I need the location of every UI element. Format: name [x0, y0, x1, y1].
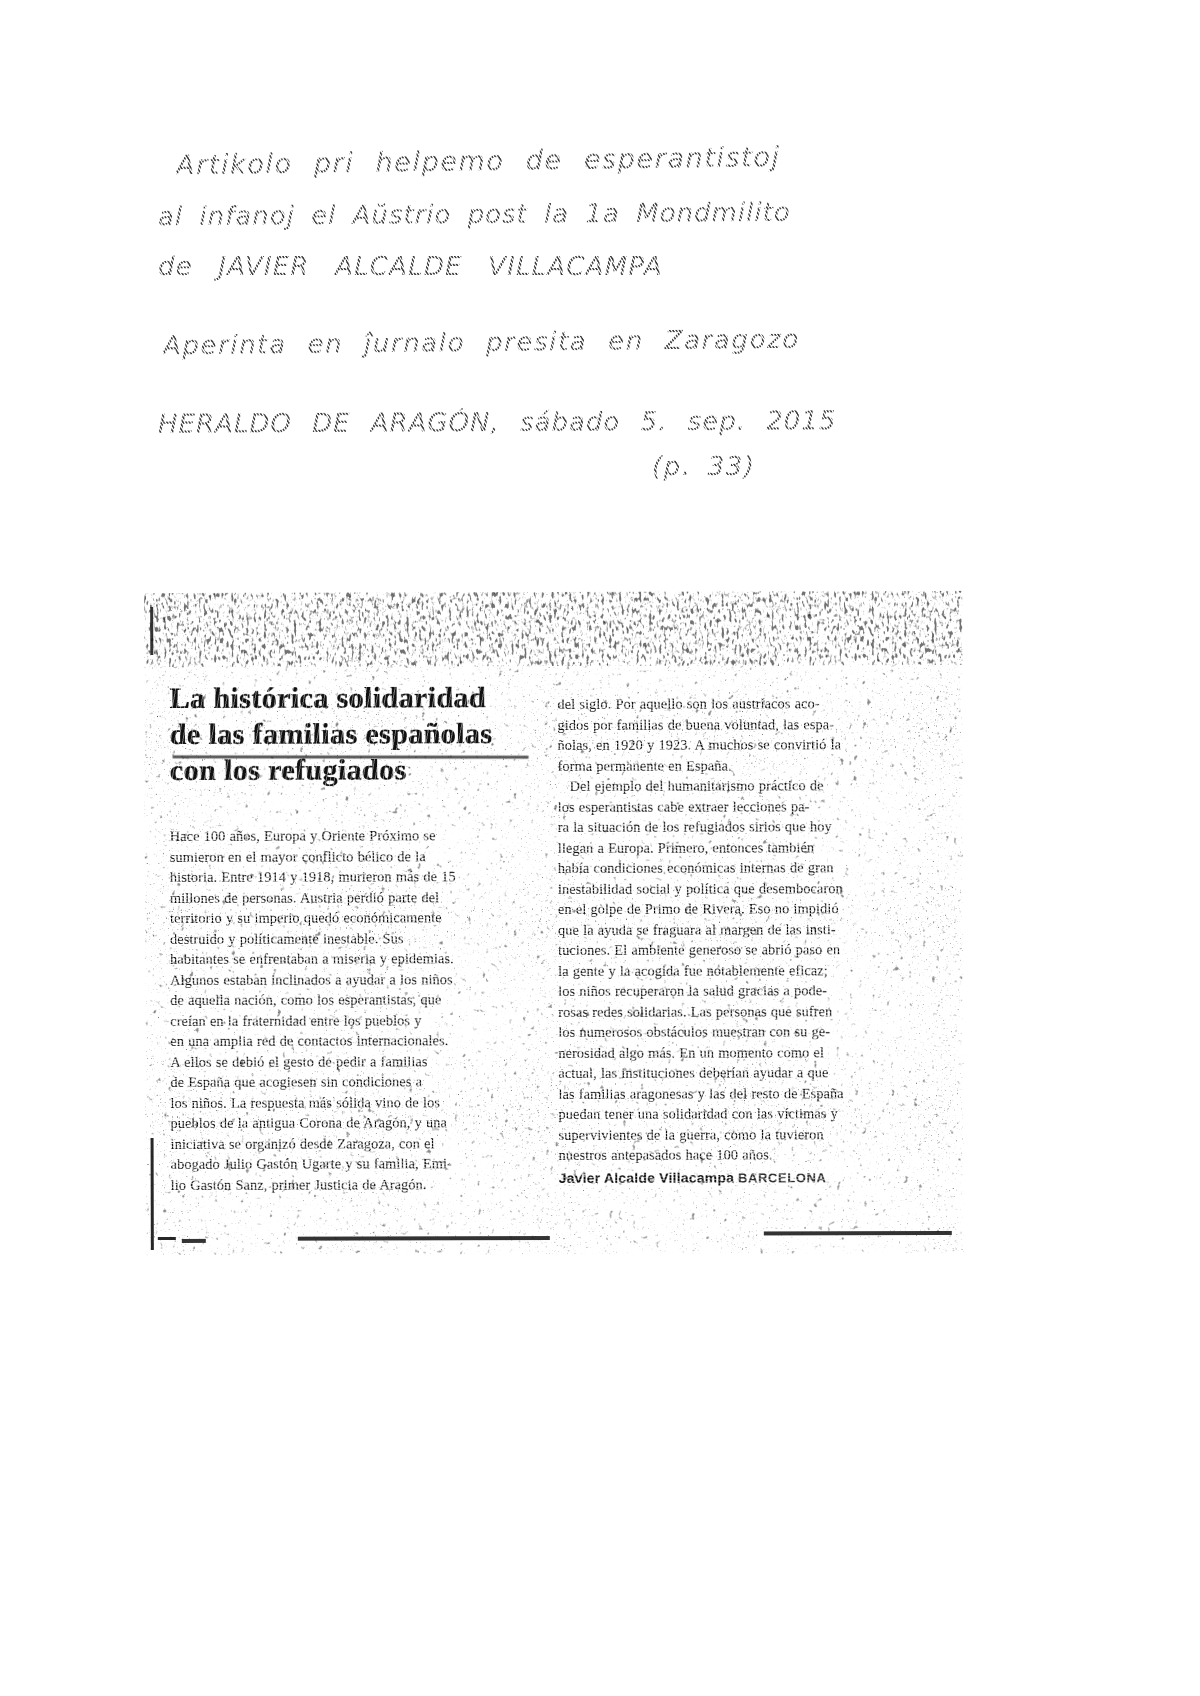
article-text-line: ñolas, en 1920 y 1923. A muchos se convi…: [558, 735, 954, 757]
scan-artifact-left-edge-bottom: [151, 1138, 154, 1250]
article-text-line: ra la situación de los refugiados sirios…: [558, 817, 954, 839]
annotation-line-source: Aperinta en ĵurnalo presita en Zaragozo: [163, 325, 800, 362]
headline-line: La histórica solidaridad: [169, 680, 555, 717]
article-text-line: del siglo. Por aquello son los austríaco…: [557, 694, 953, 716]
newspaper-clipping: La histórica solidaridadde las familias …: [144, 591, 964, 1255]
annotation-line-page-number: (p. 33): [652, 452, 756, 482]
article-text-line: los numerosos obstáculos muestran con su…: [558, 1022, 954, 1044]
article-text-line: forma permanente en España.: [558, 755, 954, 777]
article-text-line: Hace 100 años, Europa y Oriente Próximo …: [170, 826, 542, 847]
article-text-line: de España que acogiesen sin condiciones …: [170, 1072, 542, 1093]
article-text-line: tuciones. El ambiente generoso se abrió …: [558, 940, 954, 962]
article-text-line: en una amplia red de contactos internaci…: [170, 1031, 542, 1052]
scan-artifact-bottom-dash-2: [182, 1239, 206, 1243]
article-text-line: creían en la fraternidad entre los puebl…: [170, 1011, 542, 1032]
headline-line: de las familias españolas: [169, 716, 555, 753]
article-text-line: inestabilidad social y política que dese…: [558, 878, 954, 900]
article-text-line: territorio y su imperio quedó económicam…: [170, 908, 542, 929]
article-text-line: llegan a Europa. Primero, entonces tambi…: [558, 837, 954, 859]
article-text-line: los niños. La respuesta más sólida vino …: [170, 1093, 542, 1114]
article-text-line: destruido y políticamente inestable. Sus: [170, 929, 542, 950]
scan-artifact-bottom-dash-1: [158, 1237, 176, 1240]
article-text-line: los esperantistas cabe extraer lecciones…: [558, 796, 954, 818]
byline-city: BARCELONA: [738, 1170, 826, 1185]
article-text-line: iniciativa se organizó desde Zaragoza, c…: [171, 1134, 543, 1155]
scan-artifact-bottom-line-right: [764, 1231, 952, 1235]
annotation-line-title: Artikolo pri helpemo de esperantistoj: [176, 142, 781, 181]
article-text-line: sumieron en el mayor conflicto bélico de…: [170, 847, 542, 868]
annotation-line-newspaper-date: HERALDO DE ARAGÓN, sábado 5. sep. 2015: [158, 406, 837, 440]
article-text-line: Algunos estaban inclinados a ayudar a lo…: [170, 970, 542, 991]
article-byline: Javier Alcalde Villacampa BARCELONA: [559, 1169, 955, 1186]
article-text-line: nerosidad algo más. En un momento como e…: [558, 1042, 954, 1064]
annotation-line-author: de JAVIER ALCALDE VILLACAMPA: [158, 252, 663, 282]
article-text-line: que la ayuda se fraguara al margen de la…: [558, 919, 954, 941]
article-text-line: puedan tener una solidaridad con las víc…: [558, 1104, 954, 1126]
article-column-right: del siglo. Por aquello son los austríaco…: [557, 694, 954, 1167]
article-text-line: las familias aragonesas y las del resto …: [558, 1083, 954, 1105]
scan-artifact-left-edge-top: [150, 607, 153, 655]
article-text-line: en el golpe de Primo de Rivera. Eso no i…: [558, 899, 954, 921]
article-text-line: habitantes se enfrentaban a miseria y ep…: [170, 949, 542, 970]
article-text-line: abogado Julio Gastón Ugarte y su familia…: [171, 1154, 543, 1175]
article-text-line: Del ejemplo del humanitarismo práctico d…: [558, 776, 954, 798]
article-text-line: nuestros antepasados hace 100 años.: [559, 1145, 955, 1167]
scan-artifact-bottom-line-middle: [298, 1236, 550, 1240]
article-text-line: actual, las instituciones deberían ayuda…: [558, 1063, 954, 1085]
article-text-line: gidos por familias de buena voluntad, la…: [557, 714, 953, 736]
article-text-line: supervivientes de la guerra, como la tuv…: [559, 1124, 955, 1146]
byline-author-name: Javier Alcalde Villacampa: [559, 1170, 734, 1186]
article-text-line: la gente y la acogida fue notablemente e…: [558, 960, 954, 982]
annotation-line-subject: al infanoj el Aŭstrio post la 1a Mondmil…: [158, 198, 791, 232]
article-text-line: de aquella nación, como los esperantista…: [170, 990, 542, 1011]
article-text-line: los niños recuperaron la salud gracias a…: [558, 981, 954, 1003]
article-headline: La histórica solidaridadde las familias …: [169, 680, 555, 789]
article-text-line: historia. Entre 1914 y 1918, murieron má…: [170, 867, 542, 888]
scanned-document-page: Artikolo pri helpemo de esperantistoj al…: [0, 0, 1200, 1696]
article-text-line: millones de personas. Austria perdió par…: [170, 888, 542, 909]
article-column-left: Hace 100 años, Europa y Oriente Próximo …: [170, 826, 543, 1196]
article-text-line: rosas redes solidarias. Las personas que…: [558, 1001, 954, 1023]
article-text-line: pueblos de la antigua Corona de Aragón, …: [170, 1113, 542, 1134]
article-text-line: lio Gastón Sanz, primer Justicia de Arag…: [171, 1175, 543, 1196]
headline-line: con los refugiados: [170, 752, 556, 789]
article-text-line: A ellos se debió el gesto de pedir a fam…: [170, 1052, 542, 1073]
article-text-line: había condiciones económicas internas de…: [558, 858, 954, 880]
scan-noise-top-band: [144, 591, 962, 667]
